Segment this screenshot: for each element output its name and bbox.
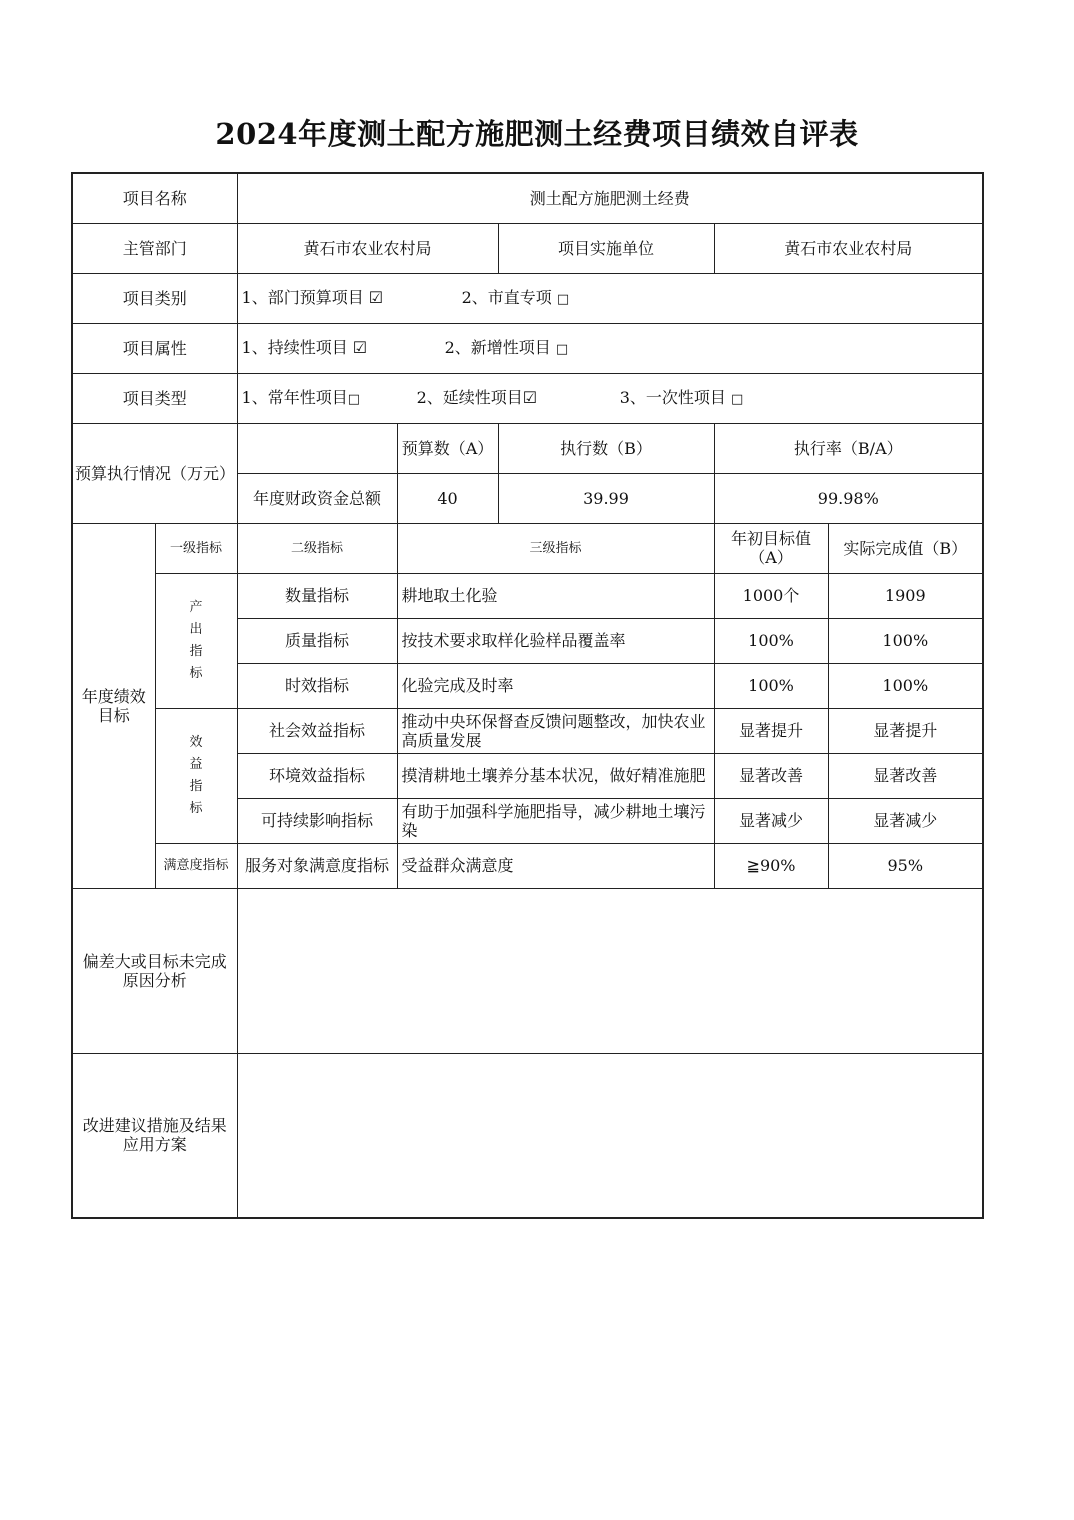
row-type: 项目类型 1、常年性项目□ 2、延续性项目☑ 3、一次性项目 □	[72, 373, 983, 423]
project-name-label: 项目名称	[72, 173, 237, 223]
group-benefit: 效益指标	[155, 708, 237, 843]
actual-cell: 显著改善	[828, 753, 983, 798]
type-options: 1、常年性项目□ 2、延续性项目☑ 3、一次性项目 □	[237, 373, 983, 423]
row-budget-header: 预算执行情况（万元） 预算数（A） 执行数（B） 执行率（B/A）	[72, 423, 983, 473]
attribute-option-2[interactable]: 2、新增性项目 □	[445, 338, 569, 359]
empty-box-icon: □	[557, 292, 569, 307]
l2-cell: 社会效益指标	[237, 708, 397, 753]
goals-header-l1: 一级指标	[155, 523, 237, 573]
attribute-options: 1、持续性项目 ☑ 2、新增性项目 □	[237, 323, 983, 373]
l2-cell: 数量指标	[237, 573, 397, 618]
l2-cell: 环境效益指标	[237, 753, 397, 798]
category-option-2[interactable]: 2、市直专项 □	[462, 288, 570, 309]
row-goals-header: 年度绩效目标 一级指标 二级指标 三级指标 年初目标值（A） 实际完成值（B）	[72, 523, 983, 573]
evaluation-table: 项目名称 测土配方施肥测土经费 主管部门 黄石市农业农村局 项目实施单位 黄石市…	[71, 172, 984, 1219]
target-cell: ≧90%	[714, 843, 828, 888]
department-label: 主管部门	[72, 223, 237, 273]
target-cell: 显著改善	[714, 753, 828, 798]
group-output: 产出指标	[155, 573, 237, 708]
improvement-label: 改进建议措施及结果应用方案	[72, 1053, 237, 1218]
actual-cell: 100%	[828, 663, 983, 708]
budget-row-label: 年度财政资金总额	[237, 473, 397, 523]
attribute-label: 项目属性	[72, 323, 237, 373]
budget-header-a: 预算数（A）	[397, 423, 498, 473]
group-satisfaction: 满意度指标	[155, 843, 237, 888]
l3-cell: 受益群众满意度	[397, 843, 714, 888]
l2-cell: 时效指标	[237, 663, 397, 708]
table-row: 满意度指标 服务对象满意度指标 受益群众满意度 ≧90% 95%	[72, 843, 983, 888]
l3-cell: 化验完成及时率	[397, 663, 714, 708]
deviation-value[interactable]	[237, 888, 983, 1053]
project-name-value: 测土配方施肥测土经费	[237, 173, 983, 223]
l2-cell: 质量指标	[237, 618, 397, 663]
type-label: 项目类型	[72, 373, 237, 423]
page-title: 2024年度测土配方施肥测土经费项目绩效自评表	[0, 112, 1074, 153]
deviation-label: 偏差大或目标未完成原因分析	[72, 888, 237, 1053]
actual-cell: 1909	[828, 573, 983, 618]
goals-header-target: 年初目标值（A）	[714, 523, 828, 573]
budget-value-b: 39.99	[498, 473, 714, 523]
l3-cell: 按技术要求取样化验样品覆盖率	[397, 618, 714, 663]
checked-box-icon: ☑	[369, 288, 383, 307]
target-cell: 100%	[714, 663, 828, 708]
row-department: 主管部门 黄石市农业农村局 项目实施单位 黄石市农业农村局	[72, 223, 983, 273]
l3-cell: 推动中央环保督查反馈问题整改，加快农业高质量发展	[397, 708, 714, 753]
impl-unit-label: 项目实施单位	[498, 223, 714, 273]
l2-cell: 可持续影响指标	[237, 798, 397, 843]
row-category: 项目类别 1、部门预算项目 ☑ 2、市直专项 □	[72, 273, 983, 323]
budget-label: 预算执行情况（万元）	[72, 423, 237, 523]
actual-cell: 显著提升	[828, 708, 983, 753]
improvement-value[interactable]	[237, 1053, 983, 1218]
budget-header-b: 执行数（B）	[498, 423, 714, 473]
l2-cell: 服务对象满意度指标	[237, 843, 397, 888]
goals-label: 年度绩效目标	[72, 523, 155, 888]
budget-header-rate: 执行率（B/A）	[714, 423, 983, 473]
goals-header-l3: 三级指标	[397, 523, 714, 573]
target-cell: 显著减少	[714, 798, 828, 843]
l3-cell: 耕地取土化验	[397, 573, 714, 618]
l3-cell: 有助于加强科学施肥指导，减少耕地土壤污染	[397, 798, 714, 843]
checked-box-icon: ☑	[353, 338, 367, 357]
impl-unit-value: 黄石市农业农村局	[714, 223, 983, 273]
type-option-3[interactable]: 3、一次性项目 □	[620, 388, 744, 409]
row-deviation: 偏差大或目标未完成原因分析	[72, 888, 983, 1053]
type-option-2[interactable]: 2、延续性项目☑	[417, 388, 615, 407]
department-value: 黄石市农业农村局	[237, 223, 498, 273]
table-row: 效益指标 社会效益指标 推动中央环保督查反馈问题整改，加快农业高质量发展 显著提…	[72, 708, 983, 753]
empty-box-icon: □	[731, 392, 743, 407]
actual-cell: 100%	[828, 618, 983, 663]
target-cell: 1000个	[714, 573, 828, 618]
row-improvement: 改进建议措施及结果应用方案	[72, 1053, 983, 1218]
l3-cell: 摸清耕地土壤养分基本状况，做好精准施肥	[397, 753, 714, 798]
target-cell: 100%	[714, 618, 828, 663]
actual-cell: 显著减少	[828, 798, 983, 843]
goals-header-actual: 实际完成值（B）	[828, 523, 983, 573]
category-options: 1、部门预算项目 ☑ 2、市直专项 □	[237, 273, 983, 323]
empty-box-icon: □	[556, 342, 568, 357]
empty-box-icon: □	[348, 392, 360, 407]
actual-cell: 95%	[828, 843, 983, 888]
target-cell: 显著提升	[714, 708, 828, 753]
attribute-option-1[interactable]: 1、持续性项目 ☑	[242, 338, 440, 357]
budget-value-rate: 99.98%	[714, 473, 983, 523]
budget-blank	[237, 423, 397, 473]
category-label: 项目类别	[72, 273, 237, 323]
row-attribute: 项目属性 1、持续性项目 ☑ 2、新增性项目 □	[72, 323, 983, 373]
category-option-1[interactable]: 1、部门预算项目 ☑	[242, 288, 457, 307]
row-project-name: 项目名称 测土配方施肥测土经费	[72, 173, 983, 223]
table-row: 产出指标 数量指标 耕地取土化验 1000个 1909	[72, 573, 983, 618]
budget-value-a: 40	[397, 473, 498, 523]
goals-header-l2: 二级指标	[237, 523, 397, 573]
checked-box-icon: ☑	[523, 388, 537, 407]
type-option-1[interactable]: 1、常年性项目□	[242, 388, 412, 409]
